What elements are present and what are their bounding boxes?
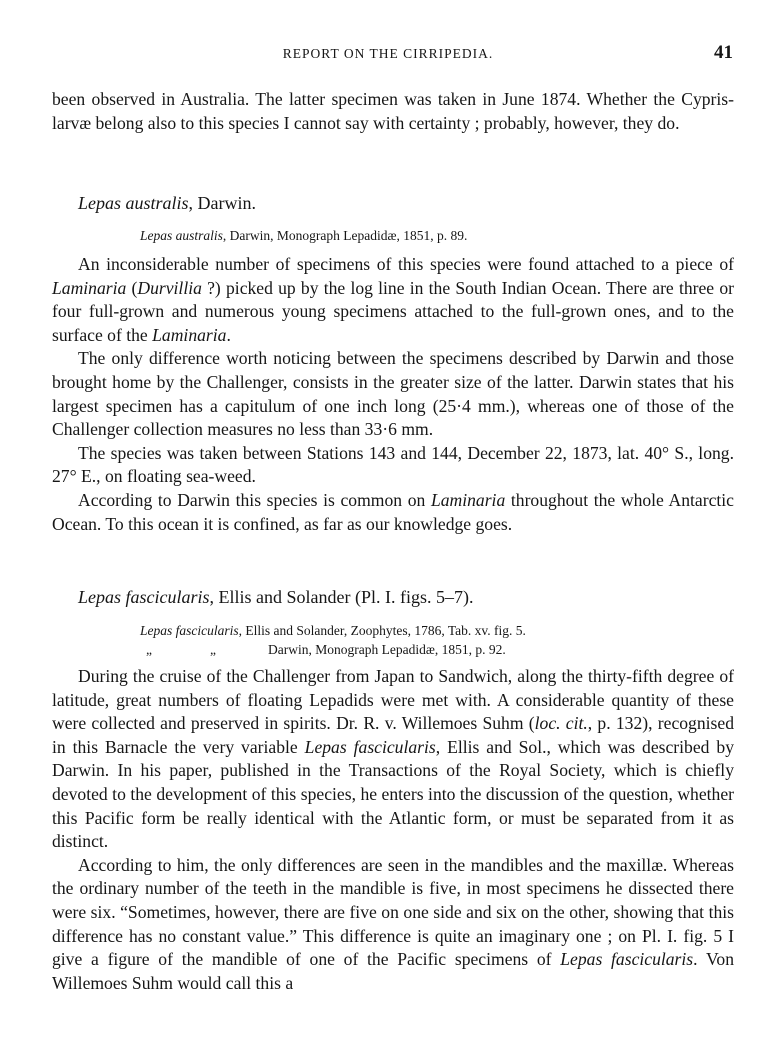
paragraph-text: been observed in Australia. The latter s… bbox=[52, 88, 734, 135]
synonym-line-1: Lepas fascicularis, Ellis and Solander, … bbox=[140, 621, 526, 640]
continuation-paragraph: been observed in Australia. The latter s… bbox=[52, 88, 734, 135]
species-name: Lepas fascicularis bbox=[78, 587, 210, 607]
australis-body: An inconsiderable number of specimens of… bbox=[52, 253, 734, 536]
page-number: 41 bbox=[714, 42, 733, 64]
paragraph-2: The only difference worth noticing betwe… bbox=[52, 347, 734, 441]
synonym-line-2: „„Darwin, Monograph Lepadidæ, 1851, p. 9… bbox=[140, 640, 526, 659]
paragraph-3: The species was taken between Stations 1… bbox=[52, 442, 734, 489]
paragraph-1: An inconsiderable number of specimens of… bbox=[52, 253, 734, 347]
species-name: Lepas australis bbox=[78, 193, 189, 213]
synonymy-fascicularis: Lepas fascicularis, Ellis and Solander, … bbox=[140, 621, 526, 659]
synonymy-australis: Lepas australis, Darwin, Monograph Lepad… bbox=[140, 226, 467, 245]
paragraph-4: According to Darwin this species is comm… bbox=[52, 489, 734, 536]
synonym-name: Lepas australis bbox=[140, 228, 223, 243]
paragraph-1: During the cruise of the Challenger from… bbox=[52, 665, 734, 854]
running-title: REPORT ON THE CIRRIPEDIA. bbox=[0, 46, 776, 62]
document-page: REPORT ON THE CIRRIPEDIA. 41 been observ… bbox=[0, 0, 776, 1050]
synonym-citation: , Darwin, Monograph Lepadidæ, 1851, p. 8… bbox=[223, 228, 467, 243]
species-authority: , Darwin. bbox=[189, 193, 256, 213]
species-heading-fascicularis: Lepas fascicularis, Ellis and Solander (… bbox=[78, 587, 474, 608]
paragraph-2: According to him, the only differences a… bbox=[52, 854, 734, 996]
species-heading-australis: Lepas australis, Darwin. bbox=[78, 193, 256, 214]
species-authority: , Ellis and Solander (Pl. I. figs. 5–7). bbox=[210, 587, 474, 607]
fascicularis-body: During the cruise of the Challenger from… bbox=[52, 665, 734, 995]
